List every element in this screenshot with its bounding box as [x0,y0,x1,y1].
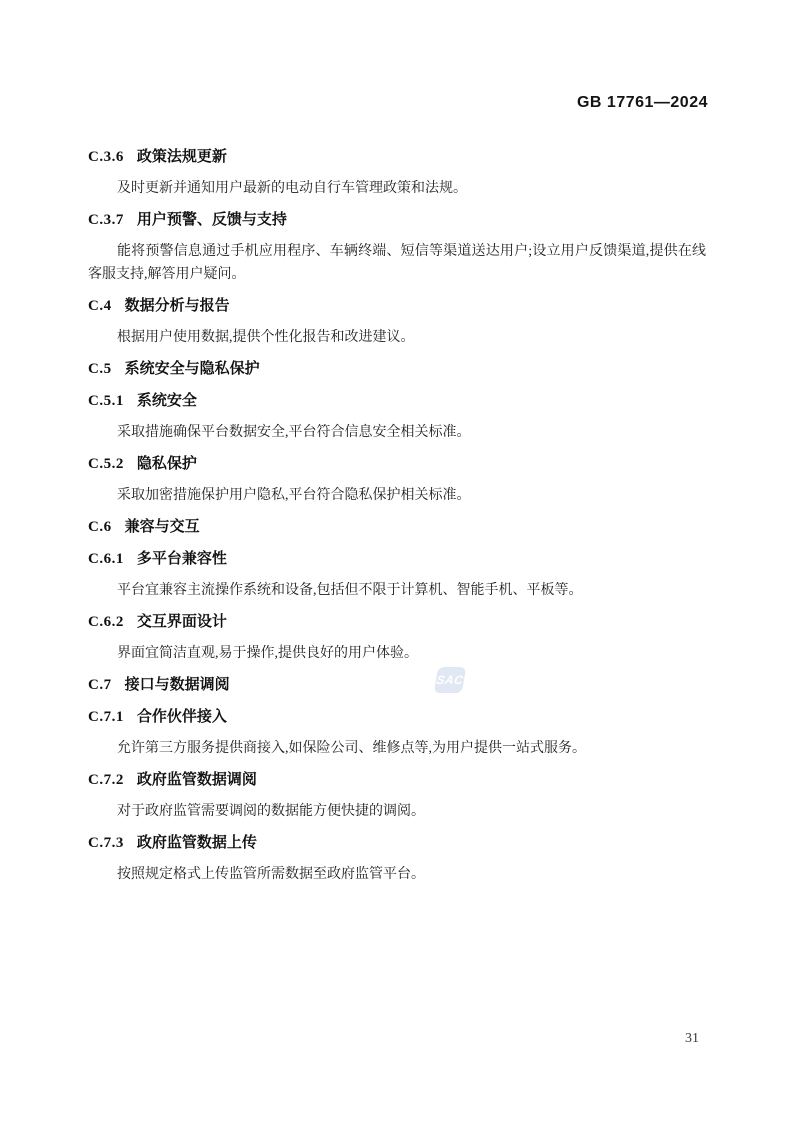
clause-heading: C.5.2隐私保护 [88,452,706,476]
clause-number: C.3.6 [88,149,124,165]
body-paragraph: 能将预警信息通过手机应用程序、车辆终端、短信等渠道送达用户;设立用户反馈渠道,提… [88,240,706,286]
sac-watermark-text: SAC [435,673,464,687]
clause-number: C.6 [88,519,112,535]
clause-title: 政府监管数据上传 [137,834,257,851]
clause-heading: C.7.1合作伙伴接入 [88,705,706,729]
clause-title: 用户预警、反馈与支持 [137,211,287,228]
clause-heading: C.3.6政策法规更新 [88,145,706,169]
body-paragraph: 采取措施确保平台数据安全,平台符合信息安全相关标准。 [88,421,706,444]
clause-number: C.5.2 [88,456,124,472]
body-paragraph: 平台宜兼容主流操作系统和设备,包括但不限于计算机、智能手机、平板等。 [88,579,706,602]
body-paragraph: 对于政府监管需要调阅的数据能方便快捷的调阅。 [88,800,706,823]
clause-heading: C.4数据分析与报告 [88,294,706,318]
clause-heading: C.7接口与数据调阅 [88,673,706,697]
clause-heading: C.6兼容与交互 [88,515,706,539]
clause-title: 政策法规更新 [137,148,227,165]
clause-title: 政府监管数据调阅 [137,771,257,788]
sac-watermark: SAC [434,667,467,693]
clause-heading: C.6.2交互界面设计 [88,610,706,634]
clause-heading: C.6.1多平台兼容性 [88,547,706,571]
clause-number: C.7.3 [88,835,124,851]
clause-number: C.3.7 [88,212,124,228]
clause-number: C.7 [88,677,112,693]
clause-title: 系统安全与隐私保护 [125,360,260,377]
clause-title: 多平台兼容性 [137,550,227,567]
clause-number: C.5.1 [88,393,124,409]
clause-heading: C.5.1系统安全 [88,389,706,413]
clause-heading: C.5系统安全与隐私保护 [88,357,706,381]
body-paragraph: 及时更新并通知用户最新的电动自行车管理政策和法规。 [88,177,706,200]
body-paragraph: 根据用户使用数据,提供个性化报告和改进建议。 [88,326,706,349]
clause-title: 合作伙伴接入 [137,708,227,725]
clause-number: C.6.1 [88,551,124,567]
clause-title: 交互界面设计 [137,613,227,630]
clause-number: C.7.1 [88,709,124,725]
clause-number: C.5 [88,361,112,377]
body-paragraph: 界面宜简洁直观,易于操作,提供良好的用户体验。 [88,642,706,665]
page-number: 31 [662,1031,722,1047]
clause-number: C.6.2 [88,614,124,630]
clause-number: C.4 [88,298,112,314]
clause-title: 兼容与交互 [125,518,200,535]
document-header: GB 17761—2024 [88,94,708,112]
document-body: C.3.6政策法规更新及时更新并通知用户最新的电动自行车管理政策和法规。C.3.… [88,145,706,894]
clause-heading: C.7.2政府监管数据调阅 [88,768,706,792]
clause-title: 接口与数据调阅 [125,676,230,693]
clause-number: C.7.2 [88,772,124,788]
clause-heading: C.3.7用户预警、反馈与支持 [88,208,706,232]
standard-code: GB 17761—2024 [577,94,708,111]
document-page: GB 17761—2024 C.3.6政策法规更新及时更新并通知用户最新的电动自… [0,0,793,1122]
body-paragraph: 允许第三方服务提供商接入,如保险公司、维修点等,为用户提供一站式服务。 [88,737,706,760]
clause-title: 数据分析与报告 [125,297,230,314]
clause-title: 系统安全 [137,392,197,409]
body-paragraph: 采取加密措施保护用户隐私,平台符合隐私保护相关标准。 [88,484,706,507]
body-paragraph: 按照规定格式上传监管所需数据至政府监管平台。 [88,863,706,886]
clause-heading: C.7.3政府监管数据上传 [88,831,706,855]
clause-title: 隐私保护 [137,455,197,472]
